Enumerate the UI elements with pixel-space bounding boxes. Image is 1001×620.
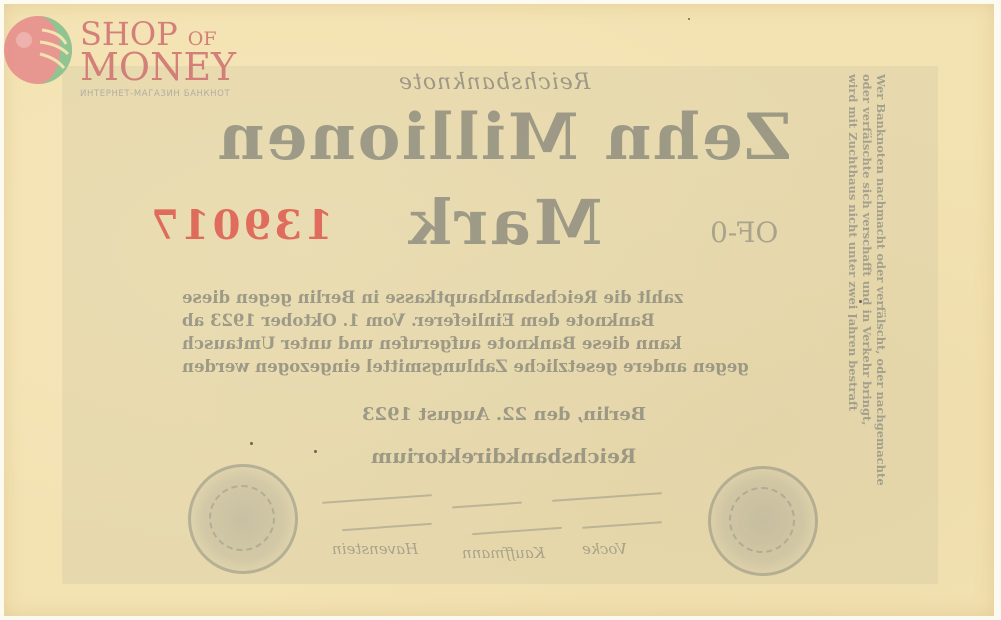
shop-logo-icon (2, 14, 74, 86)
kicker-label: Reichsbanknote (398, 70, 590, 95)
date-line: Berlin, den 22. August 1923 (334, 404, 674, 425)
serial-number-text: 139017 (148, 202, 333, 249)
currency-word: Mark (406, 192, 602, 254)
series-code-text: OF-0 (710, 216, 778, 249)
left-seal-icon (188, 464, 298, 574)
title-line-1: Zehn Millionen (184, 106, 824, 170)
side-line: oder verfälschte sich verschafft und in … (860, 74, 874, 564)
signature-stroke (582, 521, 662, 529)
signature-stroke (552, 492, 662, 502)
body-line: gegen andere gesetzliche Zahlungsmittel … (182, 355, 749, 378)
dust-speck (250, 442, 253, 445)
side-line: wird mit Zuchthaus nicht unter zwei Jahr… (848, 74, 860, 564)
title-line-2: Mark (374, 192, 634, 254)
kicker-text: Reichsbanknote (344, 70, 644, 95)
signature-stroke (472, 527, 562, 535)
signature-name: Vocke (582, 540, 627, 558)
signature-name: Kauffmann (462, 544, 545, 562)
right-seal-icon (708, 466, 818, 576)
dust-speck (859, 300, 862, 303)
logo-tagline: ИНТЕРНЕТ-МАГАЗИН БАНКНОТ (80, 89, 230, 99)
logo-word-money: MONEY (80, 48, 236, 86)
signature-stroke (342, 523, 432, 531)
side-line: Wer Banknoten nachmacht oder verfälscht,… (874, 74, 888, 564)
signature-stroke (322, 494, 432, 504)
signatures-block: Havenstein Kauffmann Vocke (322, 486, 682, 570)
dust-speck (688, 18, 690, 20)
dust-speck (314, 450, 317, 453)
date-text: Berlin, den 22. August 1923 (362, 404, 646, 425)
issuer-line: Reichsbankdirektorium (304, 444, 704, 468)
side-warning-text: Wer Banknoten nachmacht oder verfälscht,… (848, 74, 888, 564)
issuer-text: Reichsbankdirektorium (371, 444, 636, 468)
seal-eagle-icon (729, 487, 795, 553)
promissory-text: zahlt die Reichsbankhauptkasse in Berlin… (182, 286, 814, 378)
signature-name: Havenstein (332, 540, 418, 558)
denomination-words: Zehn Millionen (216, 106, 791, 170)
body-line: Banknote dem Einlieferer. Vom 1. Oktober… (182, 309, 655, 332)
serial-number: 139017 (148, 202, 333, 249)
seal-eagle-icon (209, 485, 275, 551)
series-code: OF-0 (710, 216, 778, 249)
body-line: kann diese Banknote aufgerufen und unter… (182, 332, 682, 355)
shop-of-money-watermark: SHOP OF MONEY ИНТЕРНЕТ-МАГАЗИН БАНКНОТ (2, 12, 222, 92)
body-line: zahlt die Reichsbankhauptkasse in Berlin… (182, 286, 683, 309)
signature-stroke (452, 502, 522, 509)
